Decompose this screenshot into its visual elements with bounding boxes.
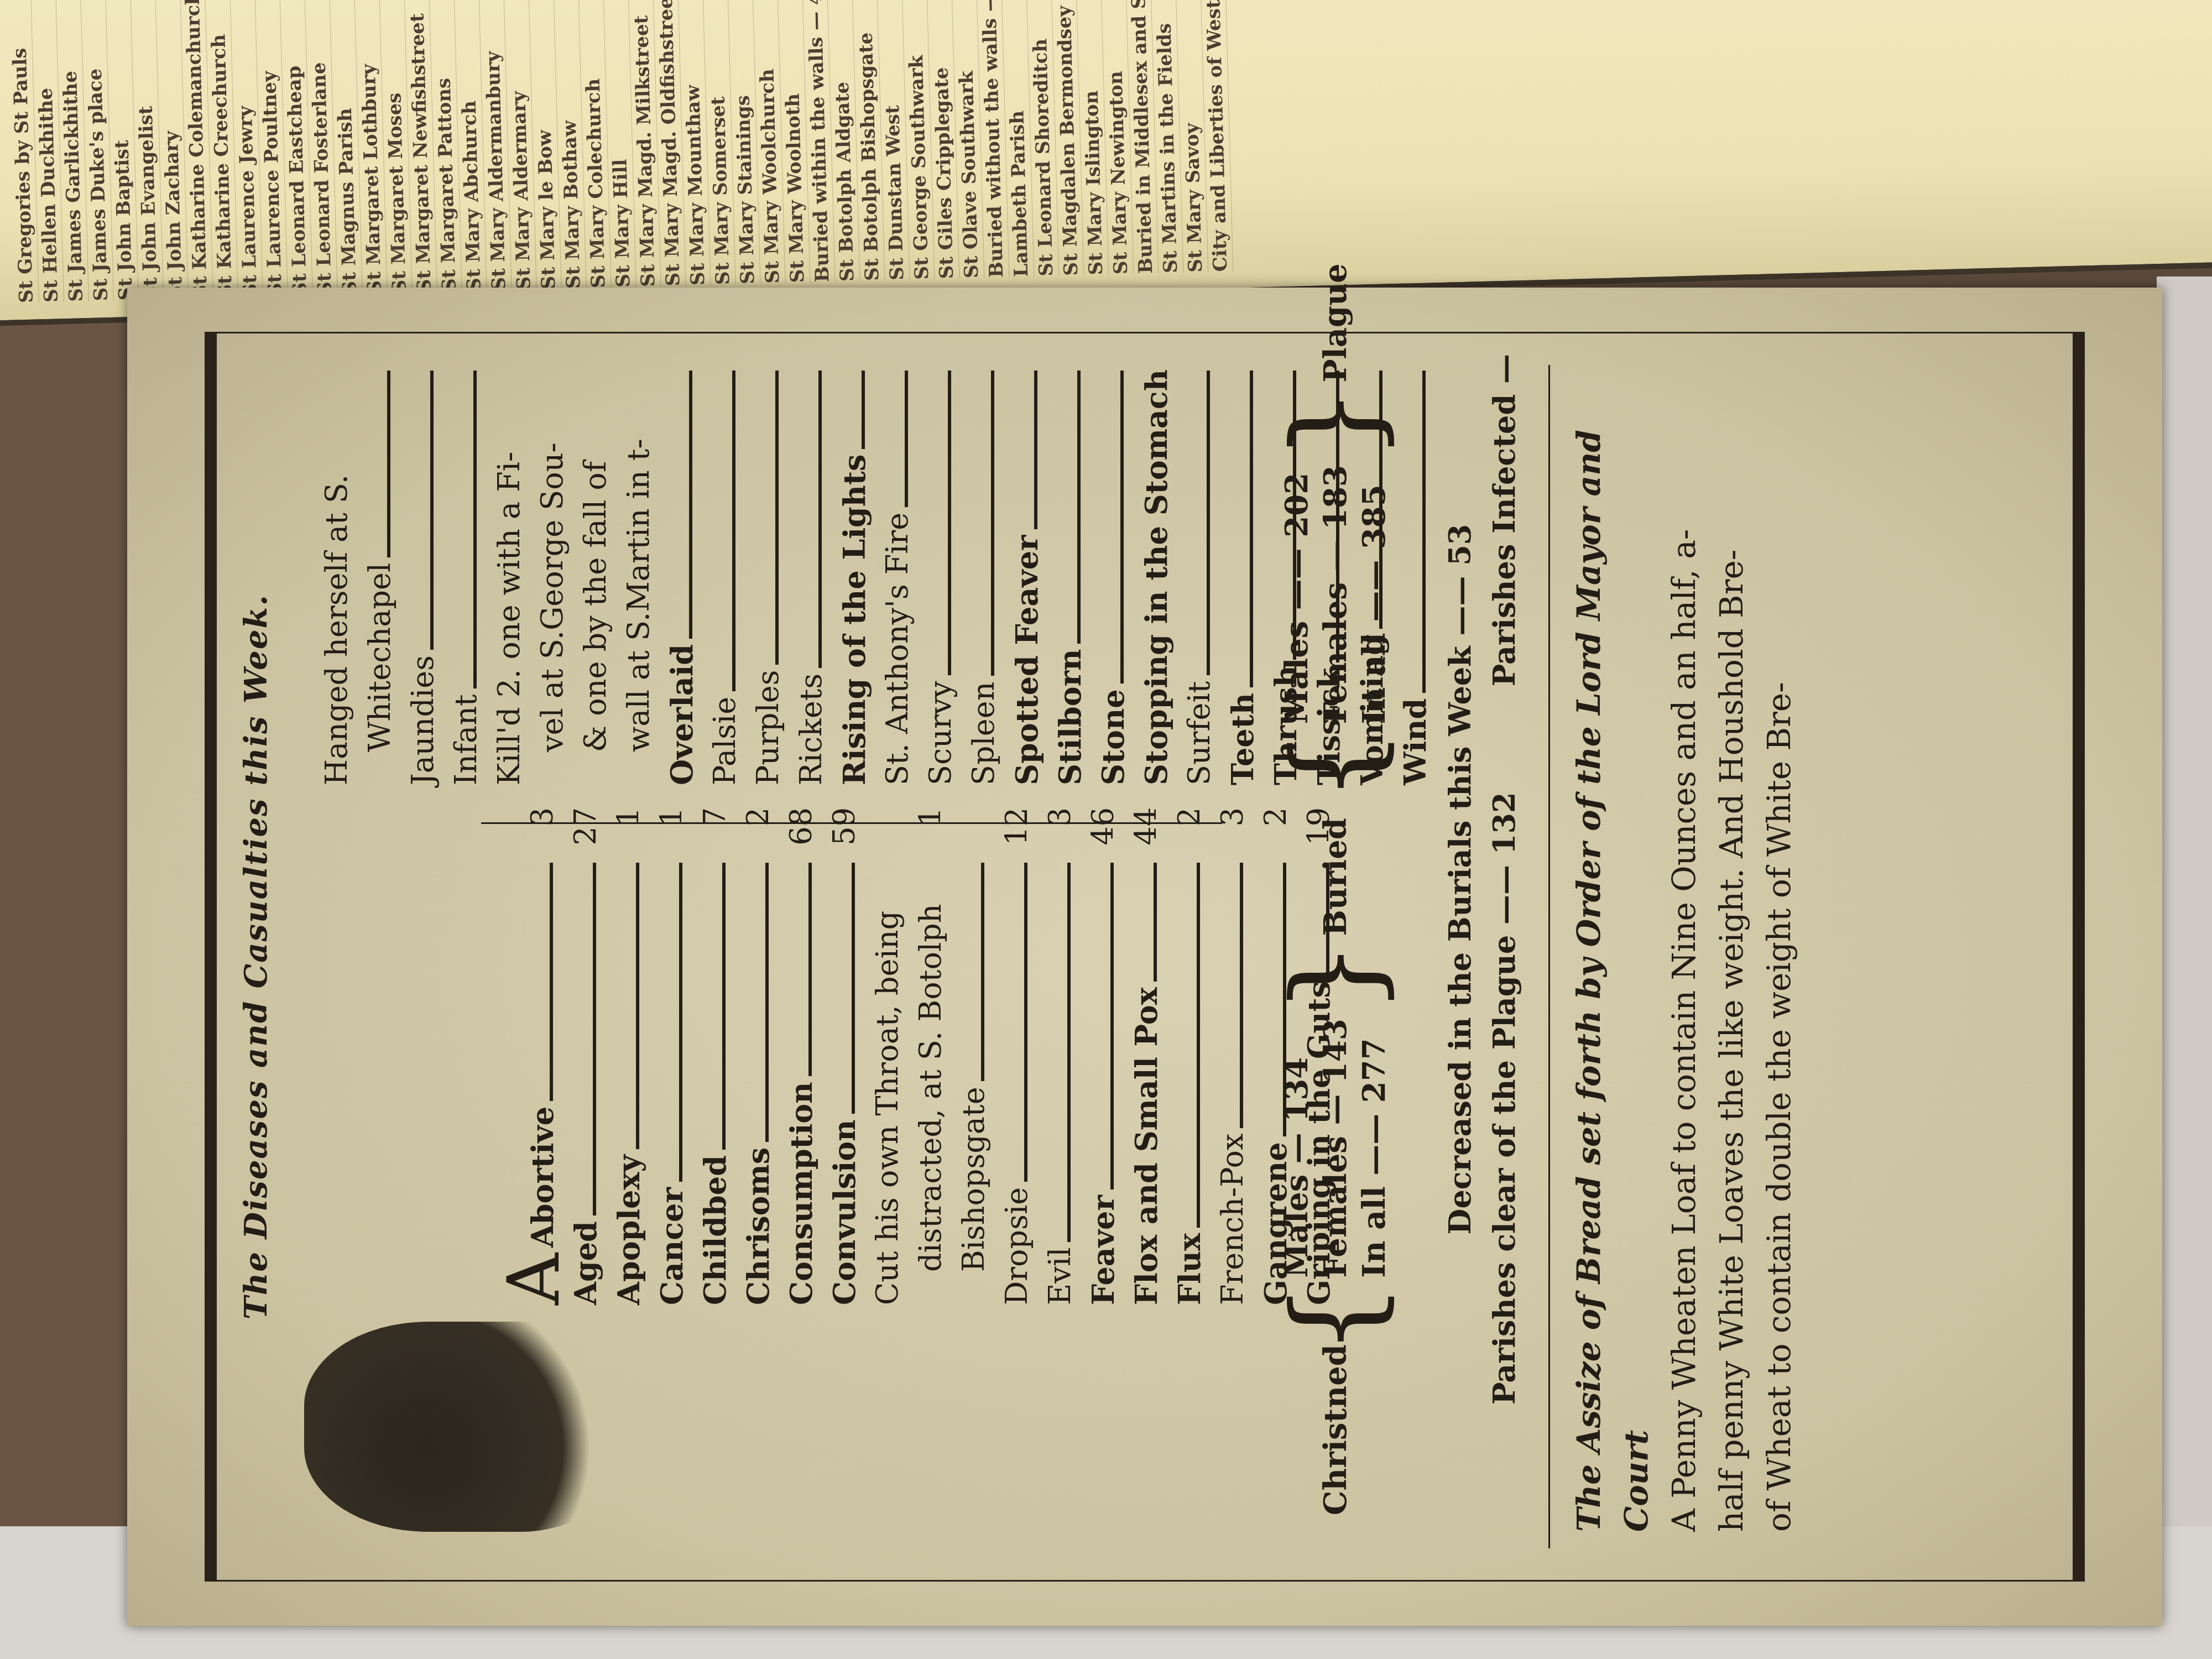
disease-row: Spleen [962, 365, 1005, 785]
disease-row: wall at S.Martin in t- [617, 365, 660, 785]
disease-row: Surfeit [1178, 365, 1221, 785]
page-sheet: The Diseases and Casualties this Week. A… [171, 299, 2118, 1615]
disease-row: Purples [747, 365, 790, 785]
disease-row: Hanged herself at S. [315, 365, 358, 785]
disease-row: Jaundies [401, 365, 445, 785]
disease-row: Overlaid [660, 365, 703, 785]
buried-stack: Males —— 202 Females — 183 In all —— 385 [1277, 465, 1394, 724]
disease-row: Chrisoms2 [737, 807, 780, 1305]
disease-row: Aged27 [564, 807, 607, 1305]
diseases-left-column: AAbortive3 Aged27 Apoplexy1 Cancer1 Chil… [503, 807, 1340, 1305]
disease-row: Flox and Small Pox44 [1125, 807, 1168, 1305]
disease-row: Flux2 [1168, 807, 1211, 1305]
decreased-label: Decreased in the Burials this Week [1442, 646, 1478, 1234]
divider [1548, 365, 1550, 1548]
disease-row: vel at S.George Sou- [531, 365, 574, 785]
parishes-clear-label: Parishes clear of the Plague [1486, 935, 1522, 1405]
buried-females: 183 [1317, 465, 1354, 530]
plague-label: Plague [1317, 263, 1354, 382]
drop-cap: A [503, 1253, 564, 1305]
facing-page: St Gregories by St Pauls St Hellen Duckh… [0, 0, 2212, 326]
disease-row: St. Anthony's Fire [876, 365, 919, 785]
disease-row: Spotted Feaver [1005, 365, 1048, 785]
disease-row: Stilborn [1048, 365, 1092, 785]
brace-icon: } [1280, 941, 1391, 1015]
brace-icon: { [1280, 728, 1391, 802]
disease-row: Whitechapel [358, 365, 401, 785]
disease-row: Cut his own Throat, being [866, 807, 909, 1305]
disease-row: Cancer1 [650, 807, 693, 1305]
summary-section: Decreased in the Burials this Week —— 53… [1438, 354, 1526, 1405]
disease-row: Dropsie12 [995, 807, 1039, 1305]
disease-row: Evil3 [1039, 807, 1082, 1305]
disease-row: Rising of the Lights [833, 365, 876, 785]
decreased-value: 53 [1442, 524, 1478, 566]
christened-label: Christned [1317, 1360, 1354, 1515]
buried-label: Buried [1317, 807, 1354, 936]
brace-icon: { [1280, 1282, 1391, 1356]
background-right [2157, 276, 2212, 1659]
woodcut-emblem-icon [304, 1322, 614, 1532]
page-title: The Diseases and Casualties this Week. [238, 299, 274, 1615]
christened-all: 277 [1356, 1038, 1392, 1103]
background-desk [0, 310, 144, 1659]
buried-all: 385 [1356, 484, 1392, 549]
disease-row: & one by the fall of [574, 365, 617, 785]
disease-row: French-Pox3 [1211, 807, 1254, 1305]
totals-section: Christned { Males — 134 Females — 143 In… [1277, 354, 1394, 1515]
christened-stack: Males — 134 Females — 143 In all —— 277 [1277, 1019, 1394, 1277]
disease-row: Convulsion59 [823, 807, 866, 1305]
brace-icon: } [1280, 387, 1391, 461]
disease-row: Rickets [790, 365, 833, 785]
disease-row: Consumption68 [780, 807, 823, 1305]
buried-males: 202 [1279, 473, 1315, 538]
parishes-clear-value: 132 [1486, 792, 1522, 854]
disease-row: Feaver46 [1082, 807, 1125, 1305]
bill-of-mortality-page: The Diseases and Casualties this Week. A… [127, 288, 2162, 1626]
disease-row: Palsie [703, 365, 747, 785]
disease-row: Infant [445, 365, 488, 785]
facing-page-content: St Gregories by St Pauls St Hellen Duckh… [6, 0, 2212, 303]
disease-row: distracted, at S. Botolph1 [909, 807, 952, 1305]
disease-row: AAbortive3 [503, 807, 564, 1305]
parish-column-left: St Gregories by St Pauls St Hellen Duckh… [5, 0, 1233, 303]
disease-row: Apoplexy1 [607, 807, 650, 1305]
disease-row: Teeth [1221, 365, 1264, 785]
christened-males: 134 [1279, 1057, 1315, 1122]
disease-row: Stone [1092, 365, 1135, 785]
disease-row: Bishopsgate [952, 807, 995, 1305]
disease-row: Kill'd 2. one with a Fi- [488, 365, 531, 785]
disease-row: Childbed7 [693, 807, 737, 1305]
christened-females: 143 [1317, 1019, 1354, 1083]
disease-row: Stopping in the Stomach [1135, 365, 1178, 785]
parishes-infected-label: Parishes Infected [1486, 394, 1522, 686]
assize-of-bread: The Assize of Bread set forth by Order o… [1565, 371, 1803, 1532]
disease-row: Scurvy [919, 365, 962, 785]
